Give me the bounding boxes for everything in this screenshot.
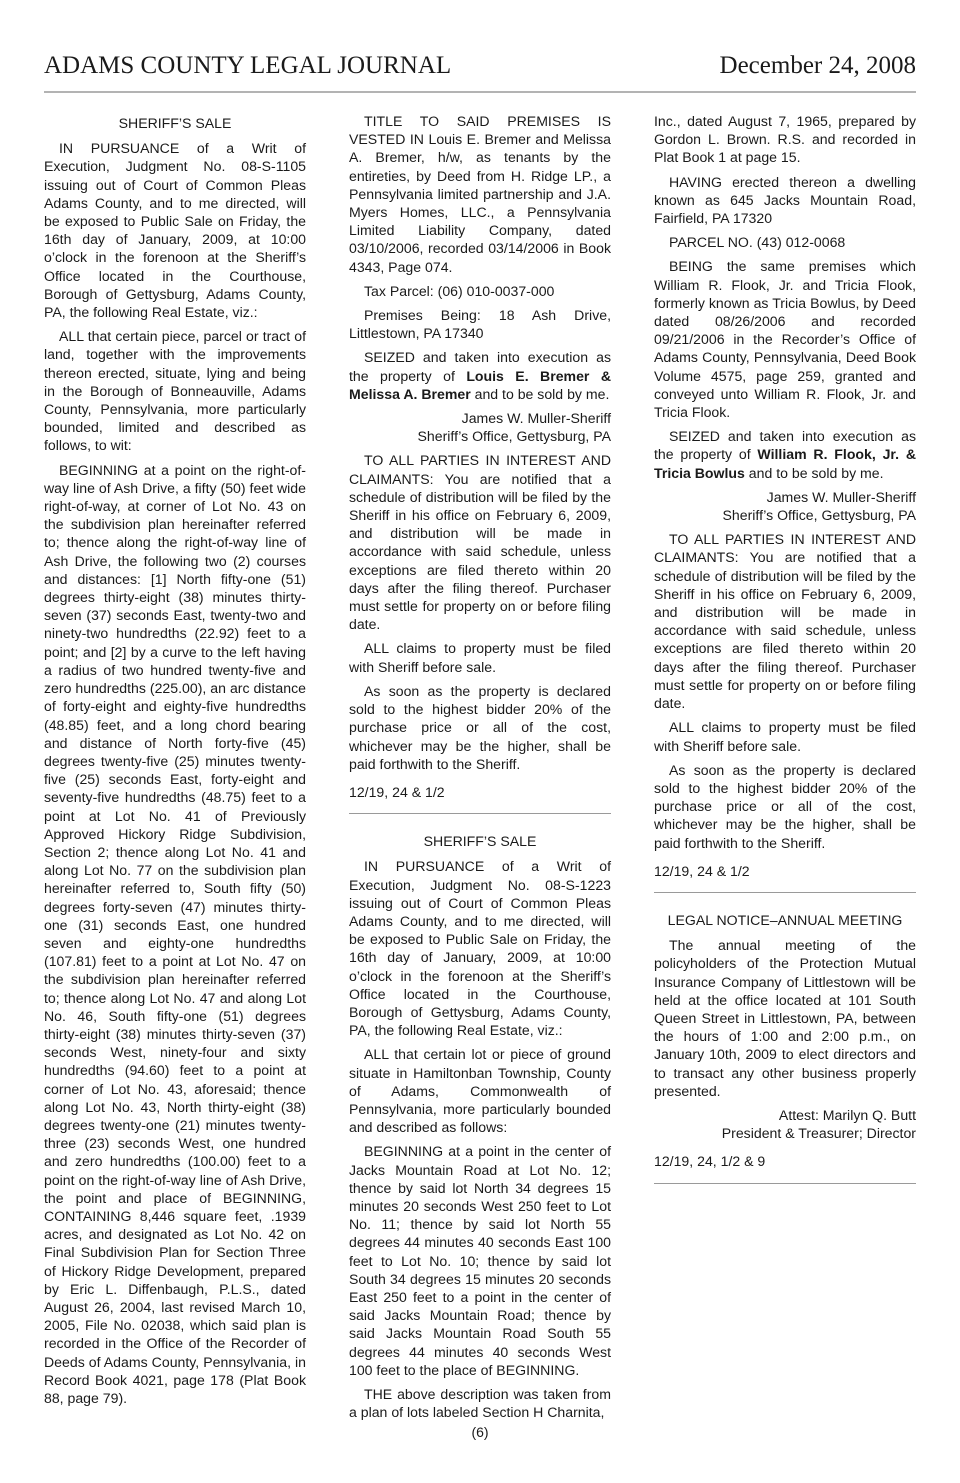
premises-address: Premises Being: 18 Ash Drive, Littlestow…: [349, 306, 611, 342]
claims-notice: ALL claims to property must be filed wit…: [654, 718, 916, 754]
sheriff-signature: James W. Muller-Sheriff Sheriff’s Office…: [654, 488, 916, 524]
title-vested-paragraph: TITLE TO SAID PREMISES IS VESTED IN Loui…: [349, 112, 611, 276]
attest-name: Attest: Marilyn Q. Butt: [654, 1106, 916, 1124]
being-paragraph: BEING the same premises which William R.…: [654, 257, 916, 421]
parties-notice: TO ALL PARTIES IN INTEREST AND CLAIMANTS…: [349, 451, 611, 633]
description-source: THE above description was taken from a p…: [349, 1385, 611, 1421]
payment-notice: As soon as the property is declared sold…: [654, 761, 916, 852]
notice-heading: SHERIFF’S SALE: [44, 114, 306, 132]
legal-description: BEGINNING at a point on the right-of-way…: [44, 461, 306, 1408]
writ-paragraph: IN PURSUANCE of a Writ of Execution, Jud…: [349, 857, 611, 1039]
tax-parcel: Tax Parcel: (06) 010-0037-000: [349, 282, 611, 300]
notice-heading: SHERIFF’S SALE: [349, 832, 611, 850]
meeting-body: The annual meeting of the policyholders …: [654, 936, 916, 1100]
publication-title: ADAMS COUNTY LEGAL JOURNAL: [44, 52, 451, 80]
attest-title: President & Treasurer; Director: [654, 1124, 916, 1142]
sheriff-name: James W. Muller-Sheriff: [654, 488, 916, 506]
sheriff-sale-2-continued: Inc., dated August 7, 1965, prepared by …: [654, 112, 916, 893]
legal-description: BEGINNING at a point in the center of Ja…: [349, 1142, 611, 1379]
sheriff-sale-1: SHERIFF’S SALE IN PURSUANCE of a Writ of…: [44, 114, 306, 1407]
parties-notice: TO ALL PARTIES IN INTEREST AND CLAIMANTS…: [654, 530, 916, 712]
sheriff-name: James W. Muller-Sheriff: [349, 409, 611, 427]
description-source-continued: Inc., dated August 7, 1965, prepared by …: [654, 112, 916, 167]
writ-paragraph: IN PURSUANCE of a Writ of Execution, Jud…: [44, 139, 306, 321]
masthead: ADAMS COUNTY LEGAL JOURNAL December 24, …: [44, 52, 916, 86]
attest-signature: Attest: Marilyn Q. Butt President & Trea…: [654, 1106, 916, 1142]
payment-notice: As soon as the property is declared sold…: [349, 682, 611, 773]
claims-notice: ALL claims to property must be filed wit…: [349, 639, 611, 675]
sheriff-office: Sheriff’s Office, Gettysburg, PA: [349, 427, 611, 445]
parcel-number: PARCEL NO. (43) 012-0068: [654, 233, 916, 251]
sheriff-signature: James W. Muller-Sheriff Sheriff’s Office…: [349, 409, 611, 445]
tract-paragraph: ALL that certain piece, parcel or tract …: [44, 327, 306, 454]
notice-divider: [349, 813, 611, 814]
issue-date: December 24, 2008: [720, 52, 916, 80]
masthead-rule: [44, 91, 916, 93]
run-dates: 12/19, 24 & 1/2: [654, 862, 916, 880]
notice-divider: [654, 892, 916, 893]
column-2: TITLE TO SAID PREMISES IS VESTED IN Loui…: [349, 112, 611, 1427]
page-number: (6): [0, 1424, 960, 1440]
ground-paragraph: ALL that certain lot or piece of ground …: [349, 1045, 611, 1136]
sheriff-office: Sheriff’s Office, Gettysburg, PA: [654, 506, 916, 524]
seized-text-end: and to be sold by me.: [745, 465, 884, 481]
annual-meeting-notice: LEGAL NOTICE–ANNUAL MEETING The annual m…: [654, 911, 916, 1184]
notice-heading: LEGAL NOTICE–ANNUAL MEETING: [654, 911, 916, 929]
notice-divider: [654, 1183, 916, 1184]
run-dates: 12/19, 24 & 1/2: [349, 783, 611, 801]
dwelling-paragraph: HAVING erected thereon a dwelling known …: [654, 173, 916, 228]
column-1: SHERIFF’S SALE IN PURSUANCE of a Writ of…: [44, 112, 306, 1413]
sheriff-sale-2: SHERIFF’S SALE IN PURSUANCE of a Writ of…: [349, 832, 611, 1421]
seized-paragraph: SEIZED and taken into execution as the p…: [349, 348, 611, 403]
run-dates: 12/19, 24, 1/2 & 9: [654, 1152, 916, 1170]
seized-text-end: and to be sold by me.: [471, 386, 610, 402]
sheriff-sale-1-continued: TITLE TO SAID PREMISES IS VESTED IN Loui…: [349, 112, 611, 814]
seized-paragraph: SEIZED and taken into execution as the p…: [654, 427, 916, 482]
column-3: Inc., dated August 7, 1965, prepared by …: [654, 112, 916, 1202]
